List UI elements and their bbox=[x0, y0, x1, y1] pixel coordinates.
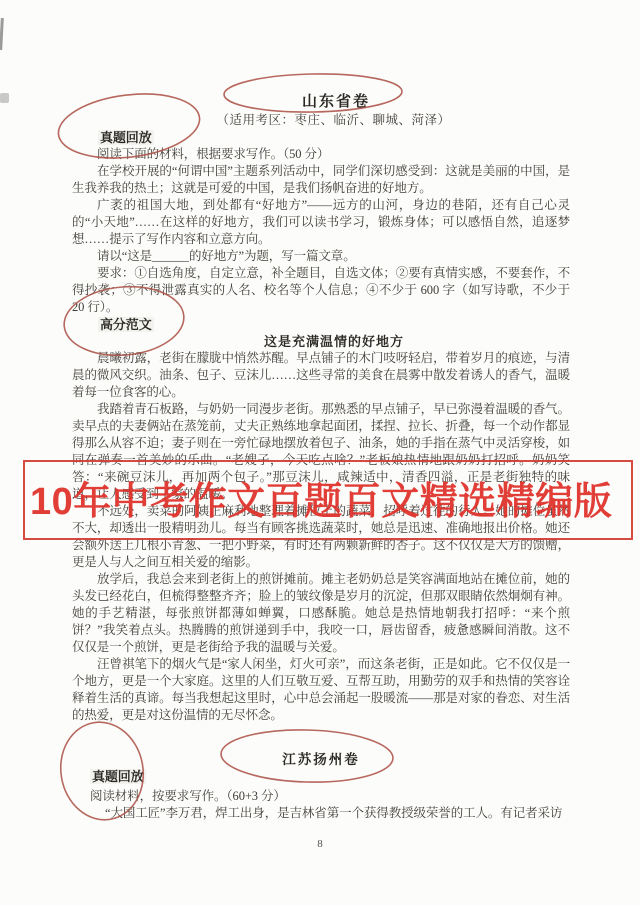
scan-edge-artifact bbox=[0, 18, 4, 50]
essay-title: 这是充满温情的好地方 bbox=[72, 333, 570, 350]
essay-paragraph: 放学后，我总会来到老街上的煎饼摊前。摊主老奶奶总是笑容满面地站在摊位前，她的头发… bbox=[72, 571, 570, 656]
prompt-paragraph: 广袤的祖国大地，到处都有“好地方”——远方的山河，身边的巷陌，还有自己心灵的“小… bbox=[72, 197, 570, 248]
prompt-paragraph: 请以“这是______的好地方”为题，写一篇文章。 bbox=[72, 248, 570, 265]
zhenti-label-2: 真题回放 bbox=[90, 768, 570, 785]
section-title-shandong: 山东省卷 bbox=[72, 84, 570, 112]
zhenti-label-1: 真题回放 bbox=[72, 129, 570, 146]
gaofen-label: 高分范文 bbox=[72, 316, 570, 333]
essay-paragraph: 汪曾祺笔下的烟火气是“家人闲坐，灯火可亲”，而这条老街，正是如此。它不仅仅是一个… bbox=[72, 656, 570, 724]
yangzhou-section: 江苏扬州卷 真题回放 阅读材料，按要求写作。（60+3 分） “大国工匠”李万君… bbox=[72, 745, 570, 822]
zhenti-label-text: 真题回放 bbox=[90, 769, 146, 784]
shandong-section: 山东省卷 （适用考区：枣庄、临沂、聊城、菏泽） 真题回放 阅读下面的材料，根据要… bbox=[72, 84, 570, 724]
page-number: 8 bbox=[0, 838, 640, 850]
prompt-paragraph: 阅读材料，按要求写作。（60+3 分） bbox=[90, 788, 570, 805]
scan-edge-artifact bbox=[0, 93, 9, 103]
section-title-yangzhou: 江苏扬州卷 bbox=[72, 745, 570, 768]
document-page: 山东省卷 （适用考区：枣庄、临沂、聊城、菏泽） 真题回放 阅读下面的材料，根据要… bbox=[0, 0, 640, 905]
essay-paragraph: 晨曦初露，老街在朦胧中悄然苏醒。早点铺子的木门吱呀轻启，带着岁月的痕迹，与清晨的… bbox=[72, 350, 570, 401]
prompt-paragraph: 在学校开展的“何谓中国”主题系列活动中，同学们深切感受到：这就是美丽的中国，是生… bbox=[72, 163, 570, 197]
watermark-text: 10年中考作文百题百文精选精编版 bbox=[30, 481, 636, 523]
prompt-paragraph: 阅读下面的材料，根据要求写作。（50 分） bbox=[72, 146, 570, 163]
prompt-paragraph: “大国工匠”李万君，焊工出身，是吉林省第一个获得教授级荣誉的工人。有记者采访 bbox=[80, 805, 570, 822]
gaofen-label-text: 高分范文 bbox=[98, 317, 154, 332]
exam-region-note: （适用考区：枣庄、临沂、聊城、菏泽） bbox=[72, 112, 570, 129]
prompt-paragraph: 要求：①自选角度，自定立意，补全题目，自选文体；②要有真情实感，不要套作，不得抄… bbox=[72, 265, 570, 316]
zhenti-label-text: 真题回放 bbox=[98, 130, 154, 145]
